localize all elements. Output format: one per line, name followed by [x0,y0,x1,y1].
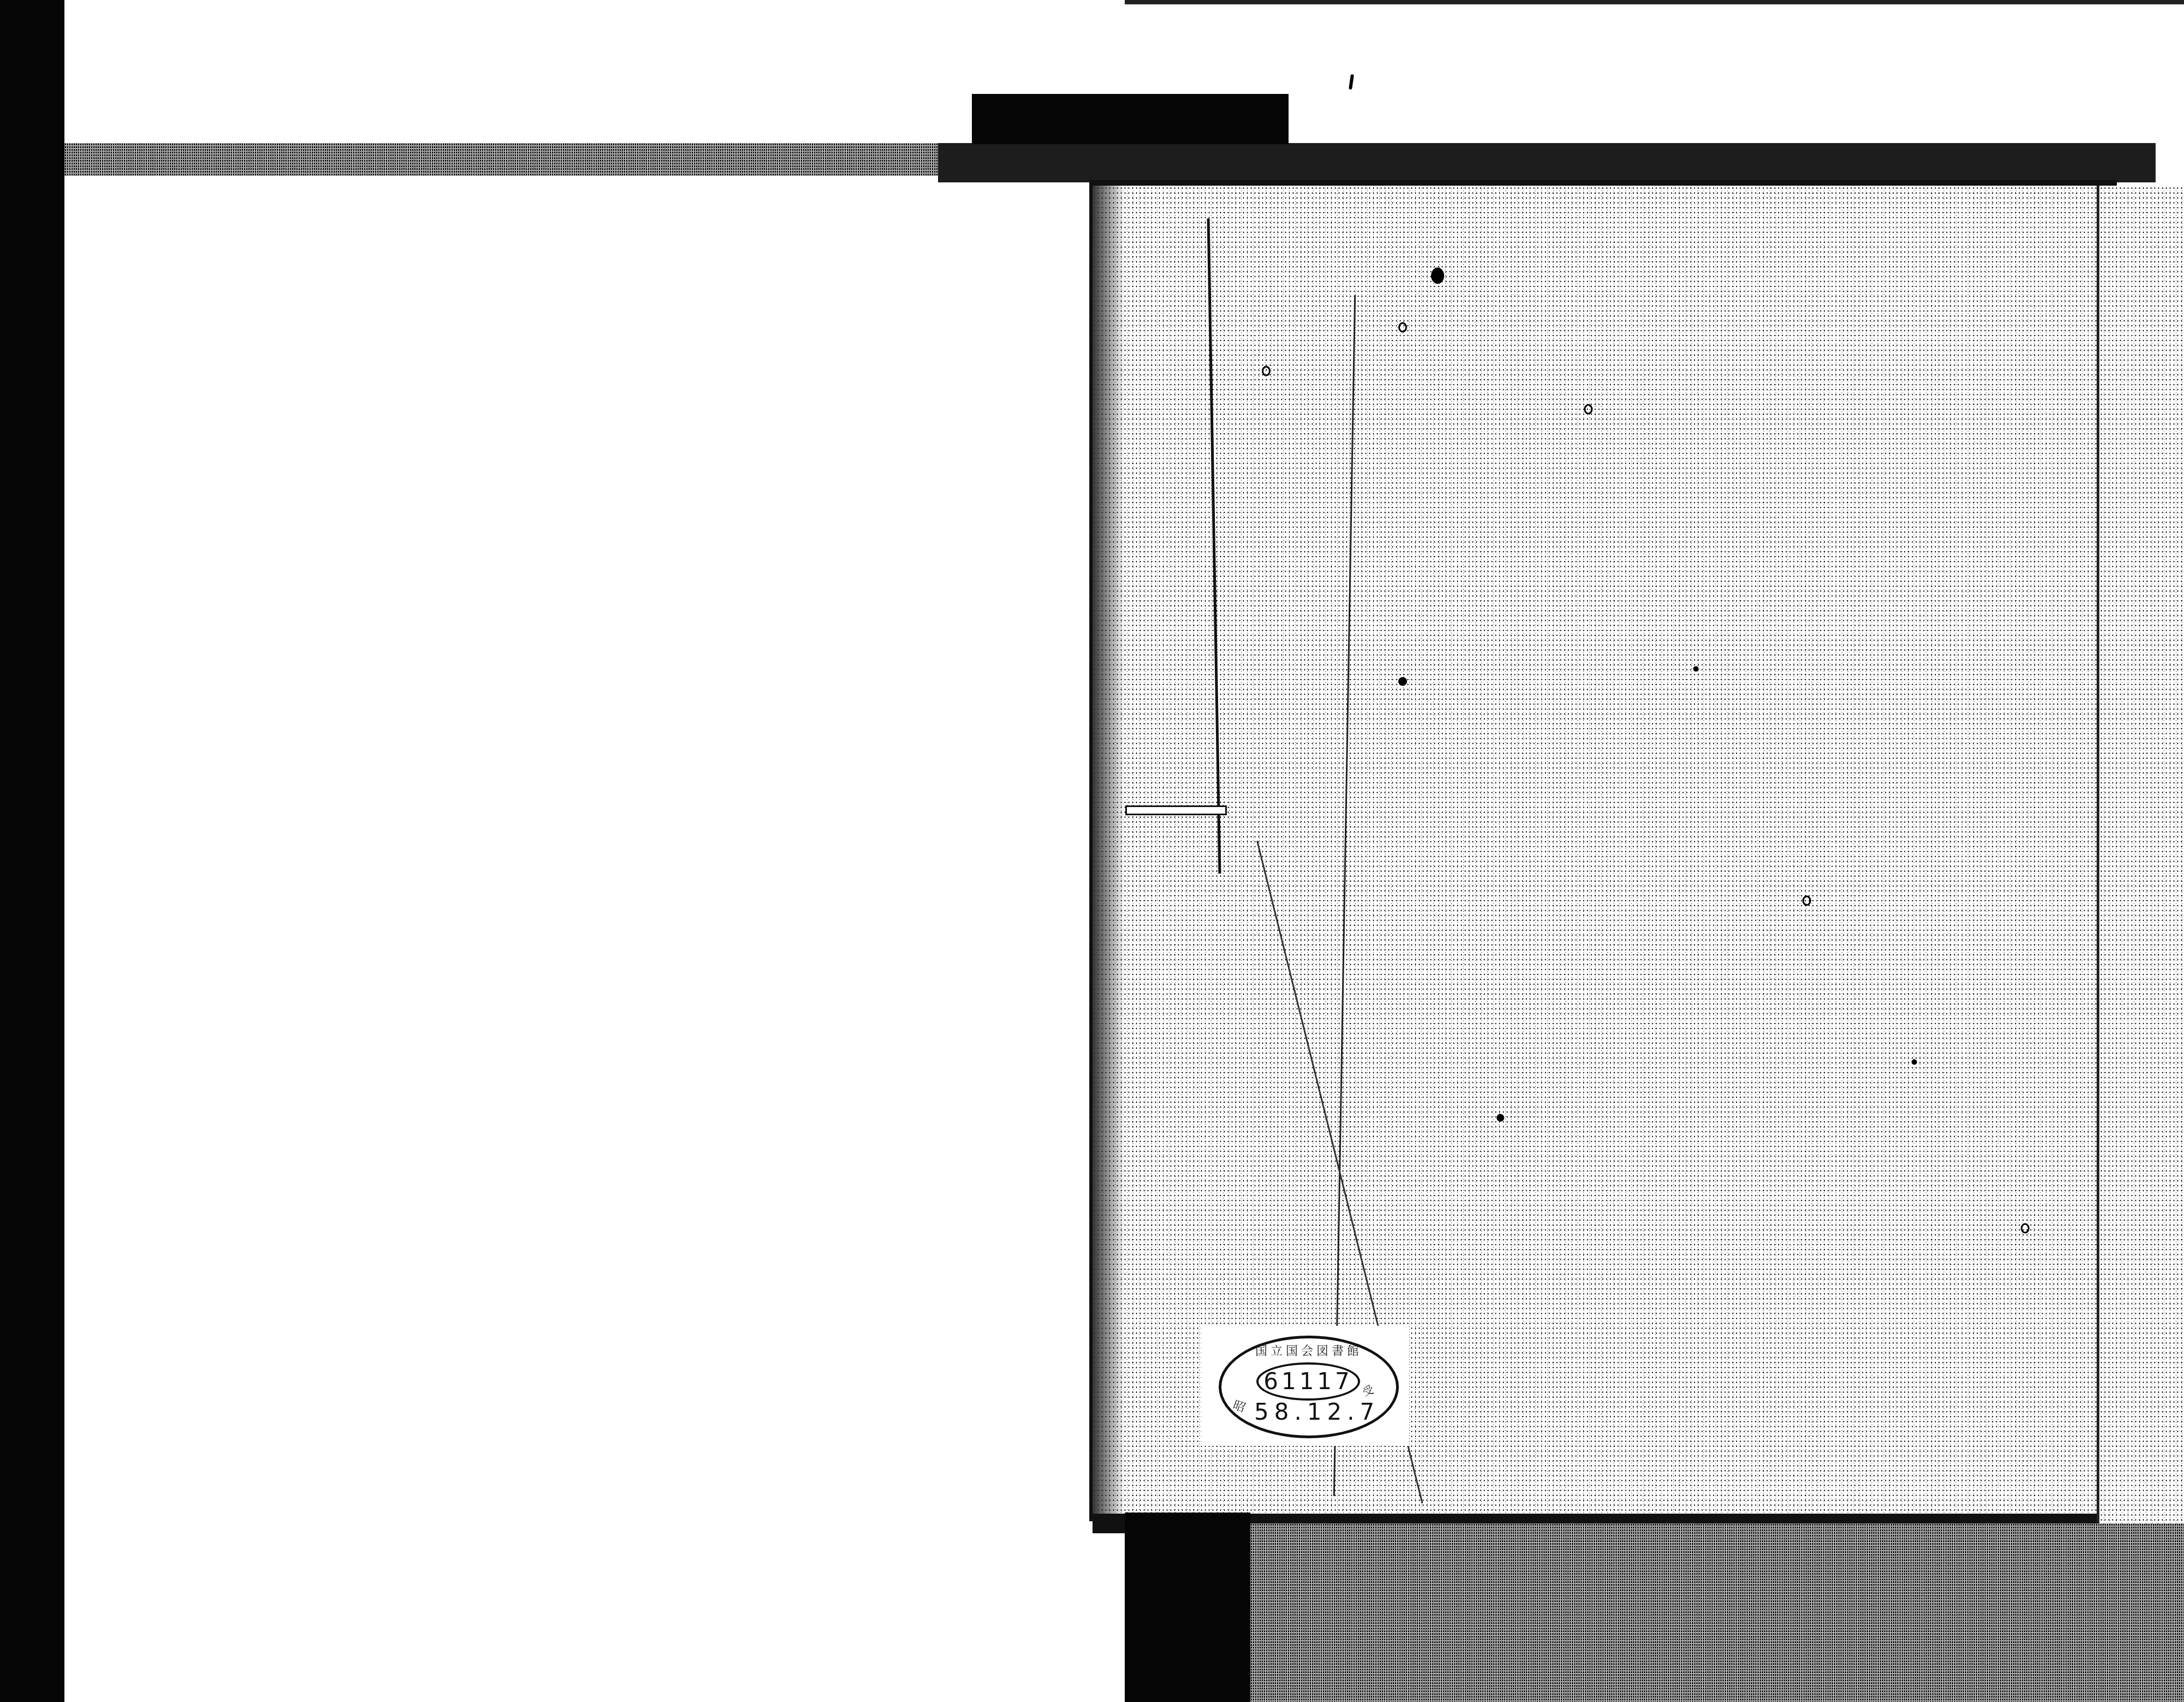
lower-film-shadow [1125,1513,1250,1702]
spine-shadow [1093,186,1125,1518]
blank-left-page [64,180,1102,1702]
ring-mark [1262,366,1271,376]
pen-mark [1349,74,1354,90]
lower-gray-area [1250,1523,2184,1702]
top-bar-dark-section [938,143,2156,182]
accession-stamp: 国立国会図書館 61117 昭 58.12.7 受 [1219,1336,1399,1438]
ring-mark [1802,896,1811,906]
stamp-suffix: 受 [1360,1380,1376,1399]
film-top-strip [1125,0,2184,4]
ink-spot [1497,1114,1504,1122]
film-edge-left [0,0,64,1702]
adjacent-page-edge [2097,186,2184,1523]
accession-number: 61117 [1259,1368,1358,1395]
top-shelf-bar [64,143,2156,182]
call-number-label-tab [972,94,1289,144]
ink-spot [1912,1059,1917,1065]
stamp-number-box: 61117 [1256,1362,1360,1401]
ring-mark [1584,404,1593,414]
ring-mark [1398,322,1407,333]
book-cover [1089,180,2117,1521]
ink-spot [1398,677,1407,686]
top-bar-light-section [64,143,938,176]
binding-strap [1125,805,1227,815]
cover-surface [1093,186,2114,1518]
ring-mark [2021,1223,2029,1233]
ink-spot [1693,666,1699,672]
ink-spot [1431,268,1444,284]
stamp-header-text: 国立国会図書館 [1243,1342,1374,1359]
stamp-date: 58.12.7 [1254,1398,1380,1425]
stamp-era-prefix: 昭 [1231,1396,1248,1416]
